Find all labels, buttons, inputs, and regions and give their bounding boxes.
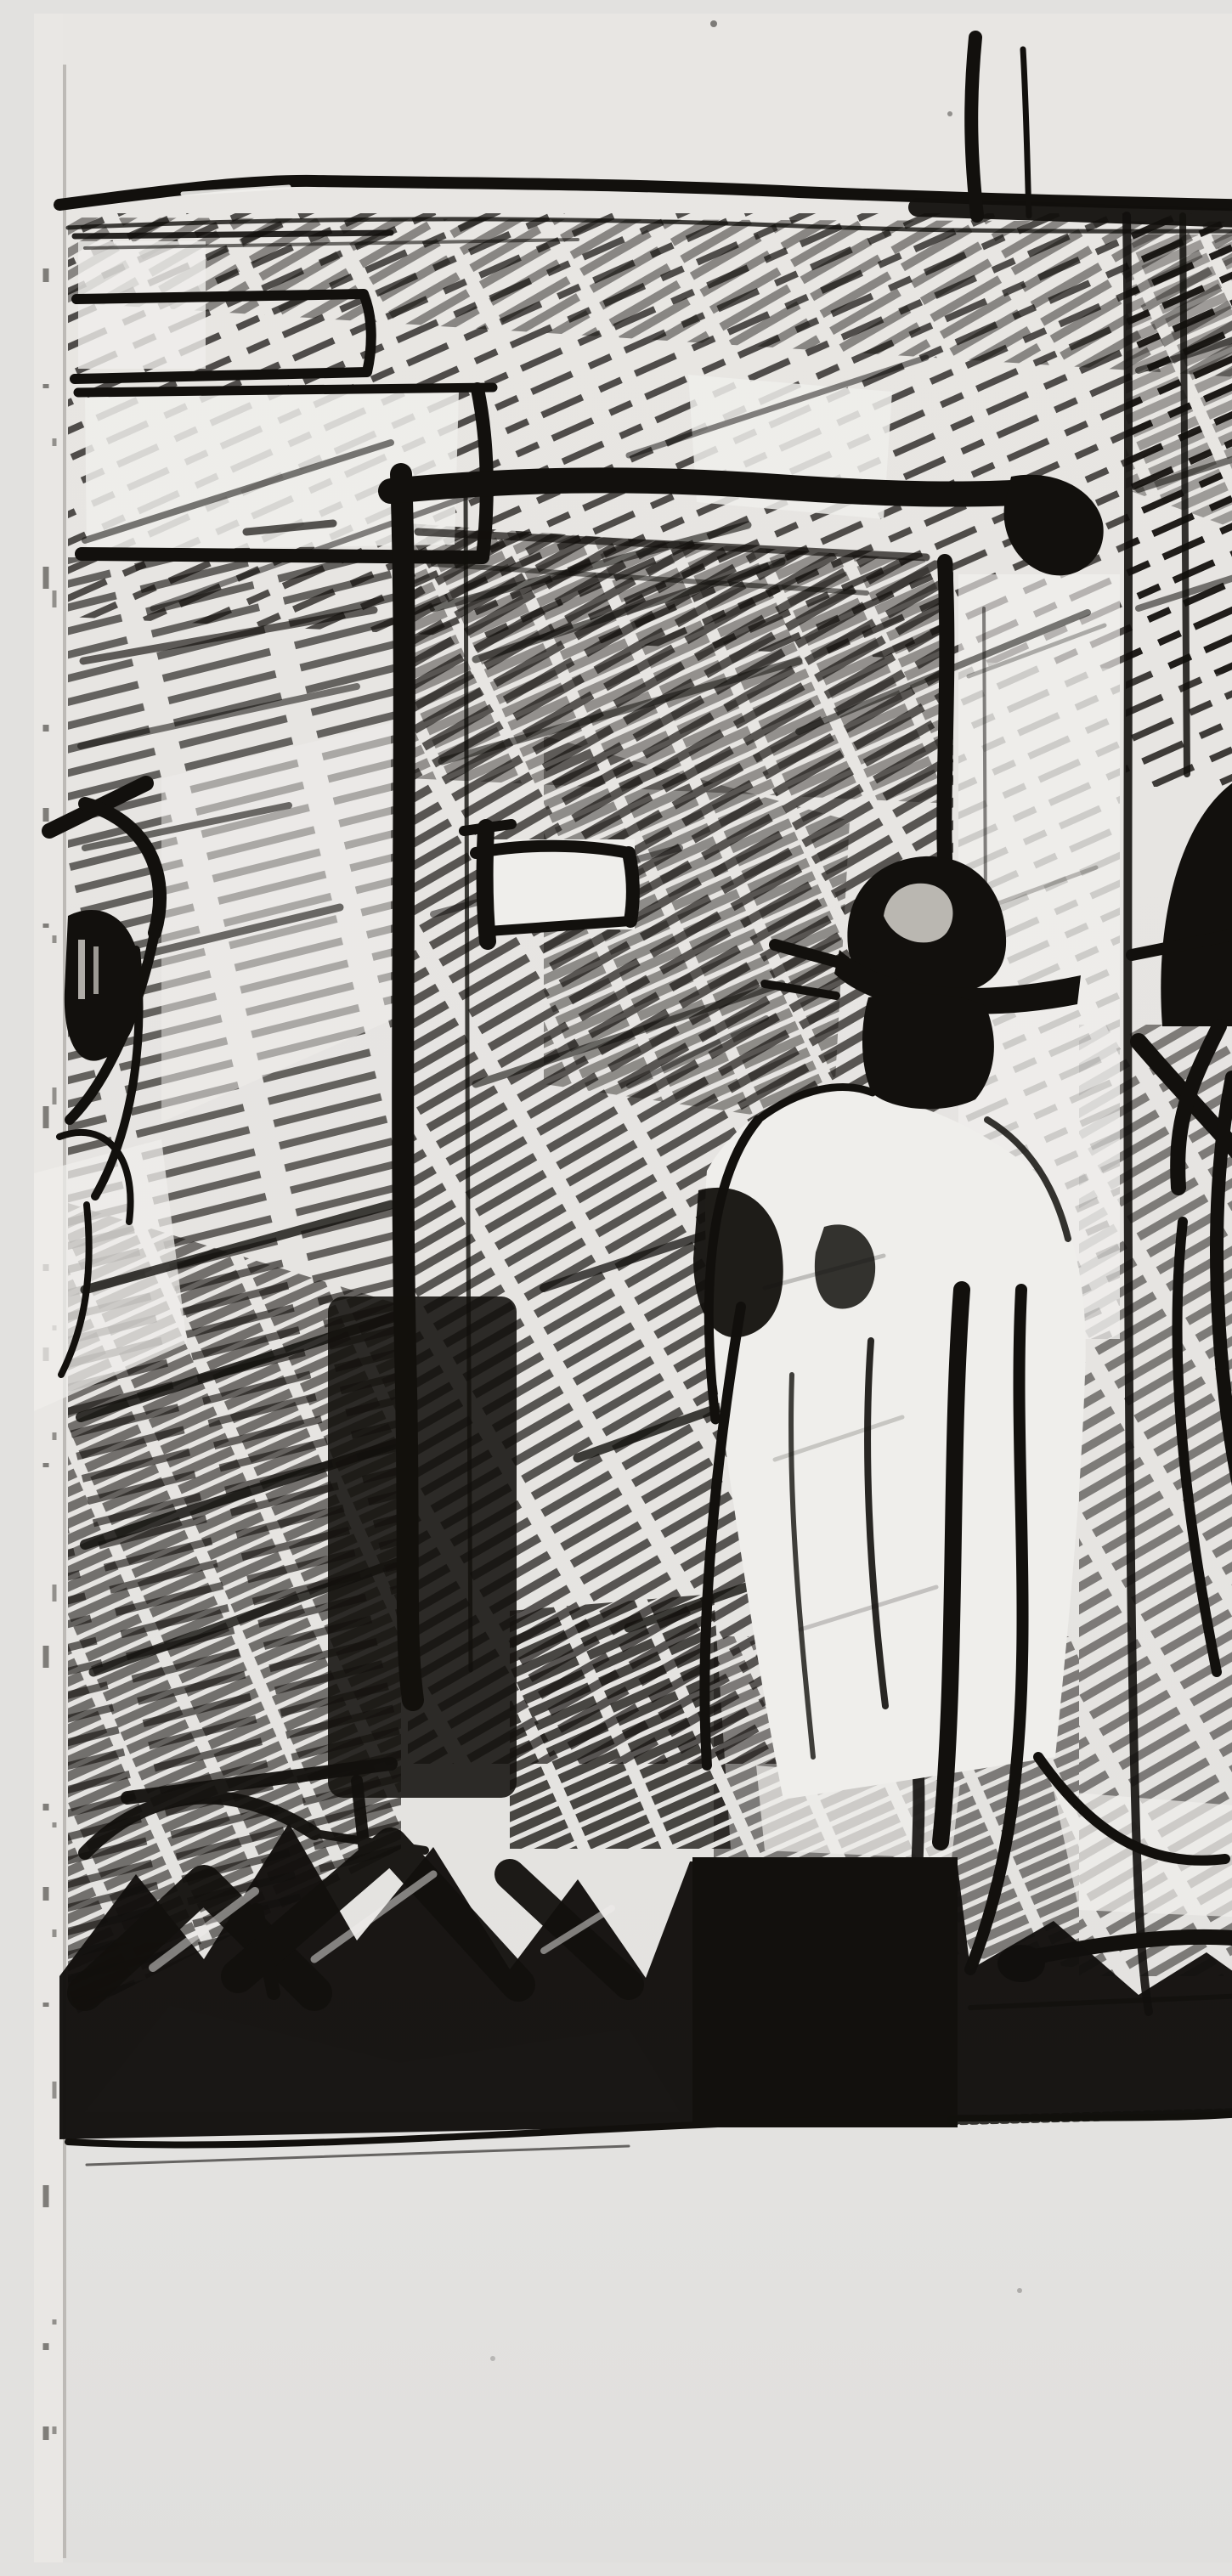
door-lower-dark-hatch [510,1594,731,1849]
sketchbook-photo [34,14,1232,2562]
bottom-dark-block [692,1857,958,2127]
head-neck [862,993,994,1109]
door-right-frame [944,562,948,910]
door-window [464,824,635,941]
door-top-bar [391,480,1041,494]
door-lower-dark-block [328,1296,517,1798]
ink-sketch [34,14,1232,2562]
